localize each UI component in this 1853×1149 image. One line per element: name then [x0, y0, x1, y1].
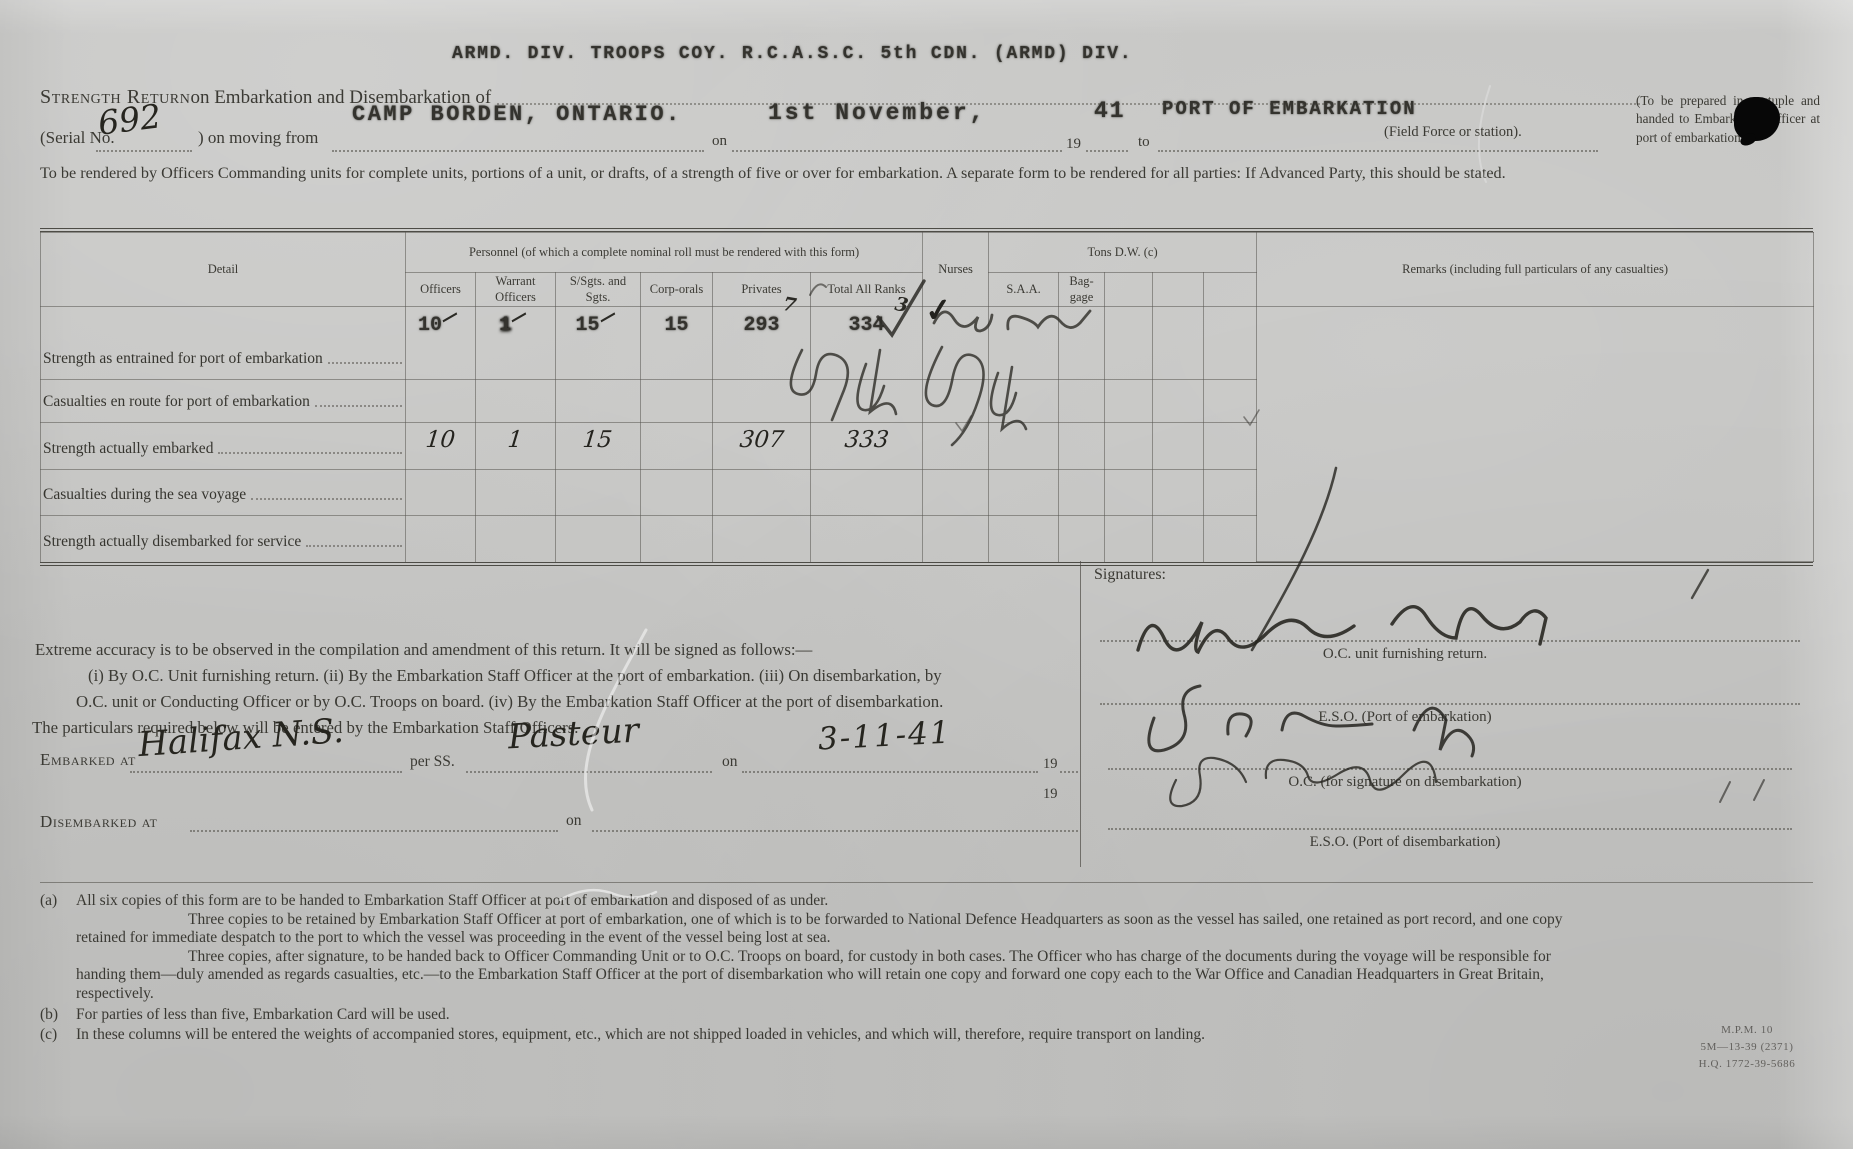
col-header-ssgts: S/Sgts. and Sgts. [556, 273, 641, 307]
col-header-warrant-officers: Warrant Officers [476, 273, 556, 307]
row-label: Strength actually embarked [43, 440, 213, 458]
date-dotted-line [732, 150, 1062, 152]
cell-ssgts-entrained: 15— [556, 307, 641, 380]
row-label: Casualties during the sea voyage [43, 486, 246, 504]
print-code: M.P.M. 10 5M—13-39 (2371) H.Q. 1772-39-5… [1652, 1022, 1842, 1073]
col-header-tons-blank-2 [1153, 273, 1204, 307]
col-header-officers: Officers [406, 273, 476, 307]
print-code-line-1: M.P.M. 10 [1652, 1022, 1842, 1039]
strength-table: Detail Personnel (of which a complete no… [40, 232, 1814, 562]
print-code-line-3: H.Q. 1772-39-5686 [1652, 1056, 1842, 1073]
disembarked-place-line [190, 830, 558, 832]
remarks-cell [1257, 307, 1814, 562]
cell-privates-entrained: 2937 [713, 307, 811, 380]
embark-date-handwritten: 3-11-41 [817, 715, 952, 758]
embark-date-line [742, 771, 1038, 773]
accuracy-line-3: O.C. unit or Conducting Officer or by O.… [76, 689, 1092, 715]
col-header-tons-blank-3 [1204, 273, 1257, 307]
render-instructions: To be rendered by Officers Commanding un… [40, 162, 1585, 185]
footnote-a-label: (a) [40, 892, 76, 911]
cell-corporals-embarked [641, 423, 713, 470]
footer-rule [40, 882, 1813, 883]
embark-year-prefix: 19 [1043, 756, 1058, 773]
origin-typed: CAMP BORDEN, ONTARIO. [352, 102, 682, 127]
footnote-a-sub2: Three copies, after signature, to be han… [76, 948, 1564, 1004]
ship-name-handwritten: Pasteur [507, 711, 640, 758]
disembarked-at-label: Disembarked at [40, 812, 158, 832]
serial-number-handwritten: 692 [96, 96, 163, 142]
signature-caption-4: E.S.O. (Port of disembarkation) [1085, 834, 1725, 851]
disembark-year-prefix: 19 [1043, 786, 1058, 803]
cell-warrant-entrained: 1— [476, 307, 556, 380]
signature-line-4 [1108, 828, 1792, 830]
cell-warrant-embarked: 1 [476, 423, 556, 470]
origin-dotted-line [332, 150, 704, 152]
cell-privates-embarked: 307 [713, 423, 811, 470]
cell-officers-entrained: 10— [406, 307, 476, 380]
destination-dotted-line [1158, 150, 1598, 152]
footnote-a-text: All six copies of this form are to be ha… [76, 892, 828, 911]
footnote-a-sub1: Three copies to be retained by Embarkati… [76, 911, 1564, 948]
table-row: Strength as entrained for port of embark… [41, 307, 1814, 380]
signature-caption-3: O.C. (for signature on disembarkation) [1085, 774, 1725, 791]
strength-table-wrap: Detail Personnel (of which a complete no… [40, 228, 1813, 566]
cell-officers-embarked: 10 [406, 423, 476, 470]
unit-designation-typed: ARMD. DIV. TROOPS COY. R.C.A.S.C. 5th CD… [452, 44, 1133, 64]
row-label: Casualties en route for port of embarkat… [43, 393, 310, 411]
footnote-b-label: (b) [40, 1006, 76, 1025]
disembark-date-line [592, 830, 1078, 832]
accuracy-line-1: Extreme accuracy is to be observed in th… [35, 637, 1092, 663]
footnote-c-label: (c) [40, 1026, 76, 1045]
moving-from-label: ) on moving from [198, 128, 318, 148]
accuracy-line-2: (i) By O.C. Unit furnishing return. (ii)… [88, 663, 1092, 689]
cell-corporals-entrained: 15 [641, 307, 713, 380]
signature-divider [1080, 561, 1081, 867]
year-prefix: 19 [1066, 136, 1081, 153]
field-force-note: (Field Force or station). [1384, 124, 1522, 141]
row-label: Strength actually disembarked for servic… [43, 533, 301, 551]
signature-caption-1: O.C. unit furnishing return. [1085, 646, 1725, 663]
signatures-label: Signatures: [1094, 566, 1166, 584]
col-header-detail: Detail [41, 233, 406, 307]
embark-year-line [1060, 771, 1078, 773]
signature-line-1 [1100, 640, 1800, 642]
cell-ssgts-embarked: 15 [556, 423, 641, 470]
to-label: to [1138, 134, 1150, 151]
year-dotted-line [1086, 150, 1128, 152]
per-ss-label: per SS. [410, 753, 455, 771]
embarked-on-label: on [722, 753, 738, 771]
embarked-place-line [130, 771, 402, 773]
scanned-strength-return-form: ARMD. DIV. TROOPS COY. R.C.A.S.C. 5th CD… [0, 0, 1853, 1149]
col-header-remarks: Remarks (including full particulars of a… [1257, 233, 1814, 307]
col-header-tons: Tons D.W. (c) [989, 233, 1257, 273]
footnote-c-text: In these columns will be entered the wei… [76, 1026, 1205, 1045]
signature-line-2 [1100, 703, 1800, 705]
col-header-saa: S.A.A. [989, 273, 1059, 307]
col-header-baggage: Bag-gage [1059, 273, 1105, 307]
destination-typed: PORT OF EMBARKATION [1162, 98, 1417, 120]
cell-total-embarked: 333 [811, 423, 923, 470]
col-header-tons-blank-1 [1105, 273, 1153, 307]
embarked-at-label: Embarked at [40, 750, 136, 770]
on-label: on [712, 133, 727, 150]
cell-total-entrained: 3343✓ [811, 307, 923, 380]
footnotes: (a) All six copies of this form are to b… [40, 892, 1564, 1045]
date-typed: 1st November, [768, 100, 986, 126]
footnote-b-text: For parties of less than five, Embarkati… [76, 1006, 450, 1025]
cell-nurses-entrained [923, 307, 989, 380]
year-typed: 41 [1094, 98, 1126, 124]
signature-caption-2: E.S.O. (Port of embarkation) [1085, 709, 1725, 726]
serial-dotted-line [96, 150, 192, 152]
disembarked-on-label: on [566, 812, 582, 830]
pen-correction: 7 [781, 293, 798, 317]
ship-line [466, 771, 712, 773]
sextuple-note: (To be prepared in sextuple and handed t… [1636, 92, 1820, 147]
signature-line-3 [1108, 768, 1792, 770]
pen-correction: 3 [893, 293, 910, 317]
row-label: Strength as entrained for port of embark… [43, 350, 323, 368]
print-code-line-2: 5M—13-39 (2371) [1652, 1039, 1842, 1056]
col-header-corporals: Corp-orals [641, 273, 713, 307]
col-header-personnel: Personnel (of which a complete nominal r… [406, 233, 923, 273]
